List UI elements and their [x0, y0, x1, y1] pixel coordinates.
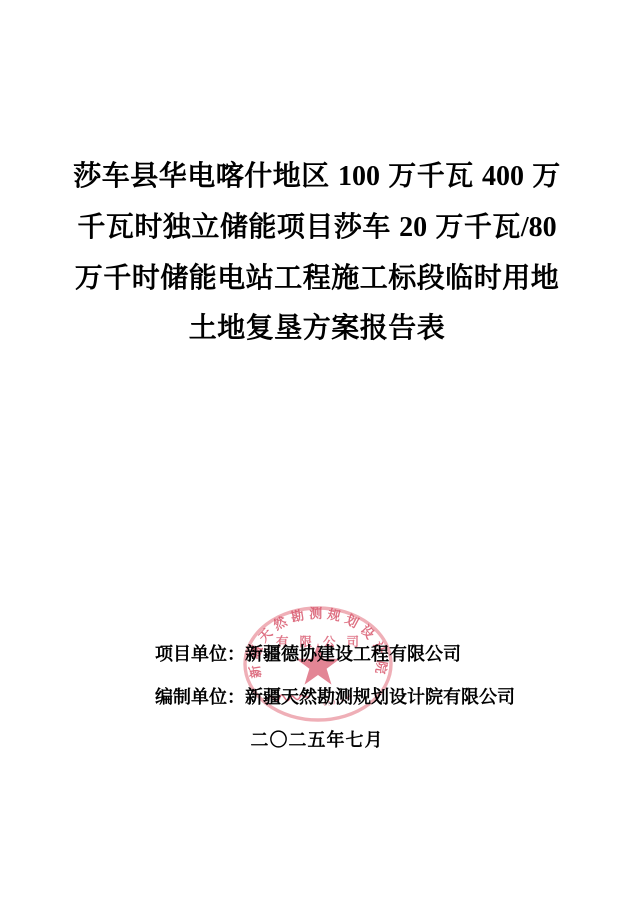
- compile-unit-value: 新疆天然勘测规划设计院有限公司: [245, 687, 515, 707]
- title-line: 千瓦时独立储能项目莎车 20 万千瓦/80: [0, 202, 634, 253]
- title-line: 万千时储能电站工程施工标段临时用地: [0, 253, 634, 303]
- document-title: 莎车县华电喀什地区 100 万千瓦 400 万 千瓦时独立储能项目莎车 20 万…: [0, 151, 634, 353]
- document-page: 莎车县华电喀什地区 100 万千瓦 400 万 千瓦时独立储能项目莎车 20 万…: [0, 0, 634, 898]
- title-line: 莎车县华电喀什地区 100 万千瓦 400 万: [0, 151, 634, 202]
- compile-unit-label: 编制单位：: [155, 687, 245, 707]
- project-unit-line: 项目单位：新疆德协建设工程有限公司: [155, 644, 461, 664]
- title-line: 土地复垦方案报告表: [0, 303, 634, 353]
- date-line: 二〇二五年七月: [0, 730, 634, 750]
- compile-unit-line: 编制单位：新疆天然勘测规划设计院有限公司: [155, 687, 515, 707]
- project-unit-value: 新疆德协建设工程有限公司: [245, 644, 461, 664]
- project-unit-label: 项目单位：: [155, 644, 245, 664]
